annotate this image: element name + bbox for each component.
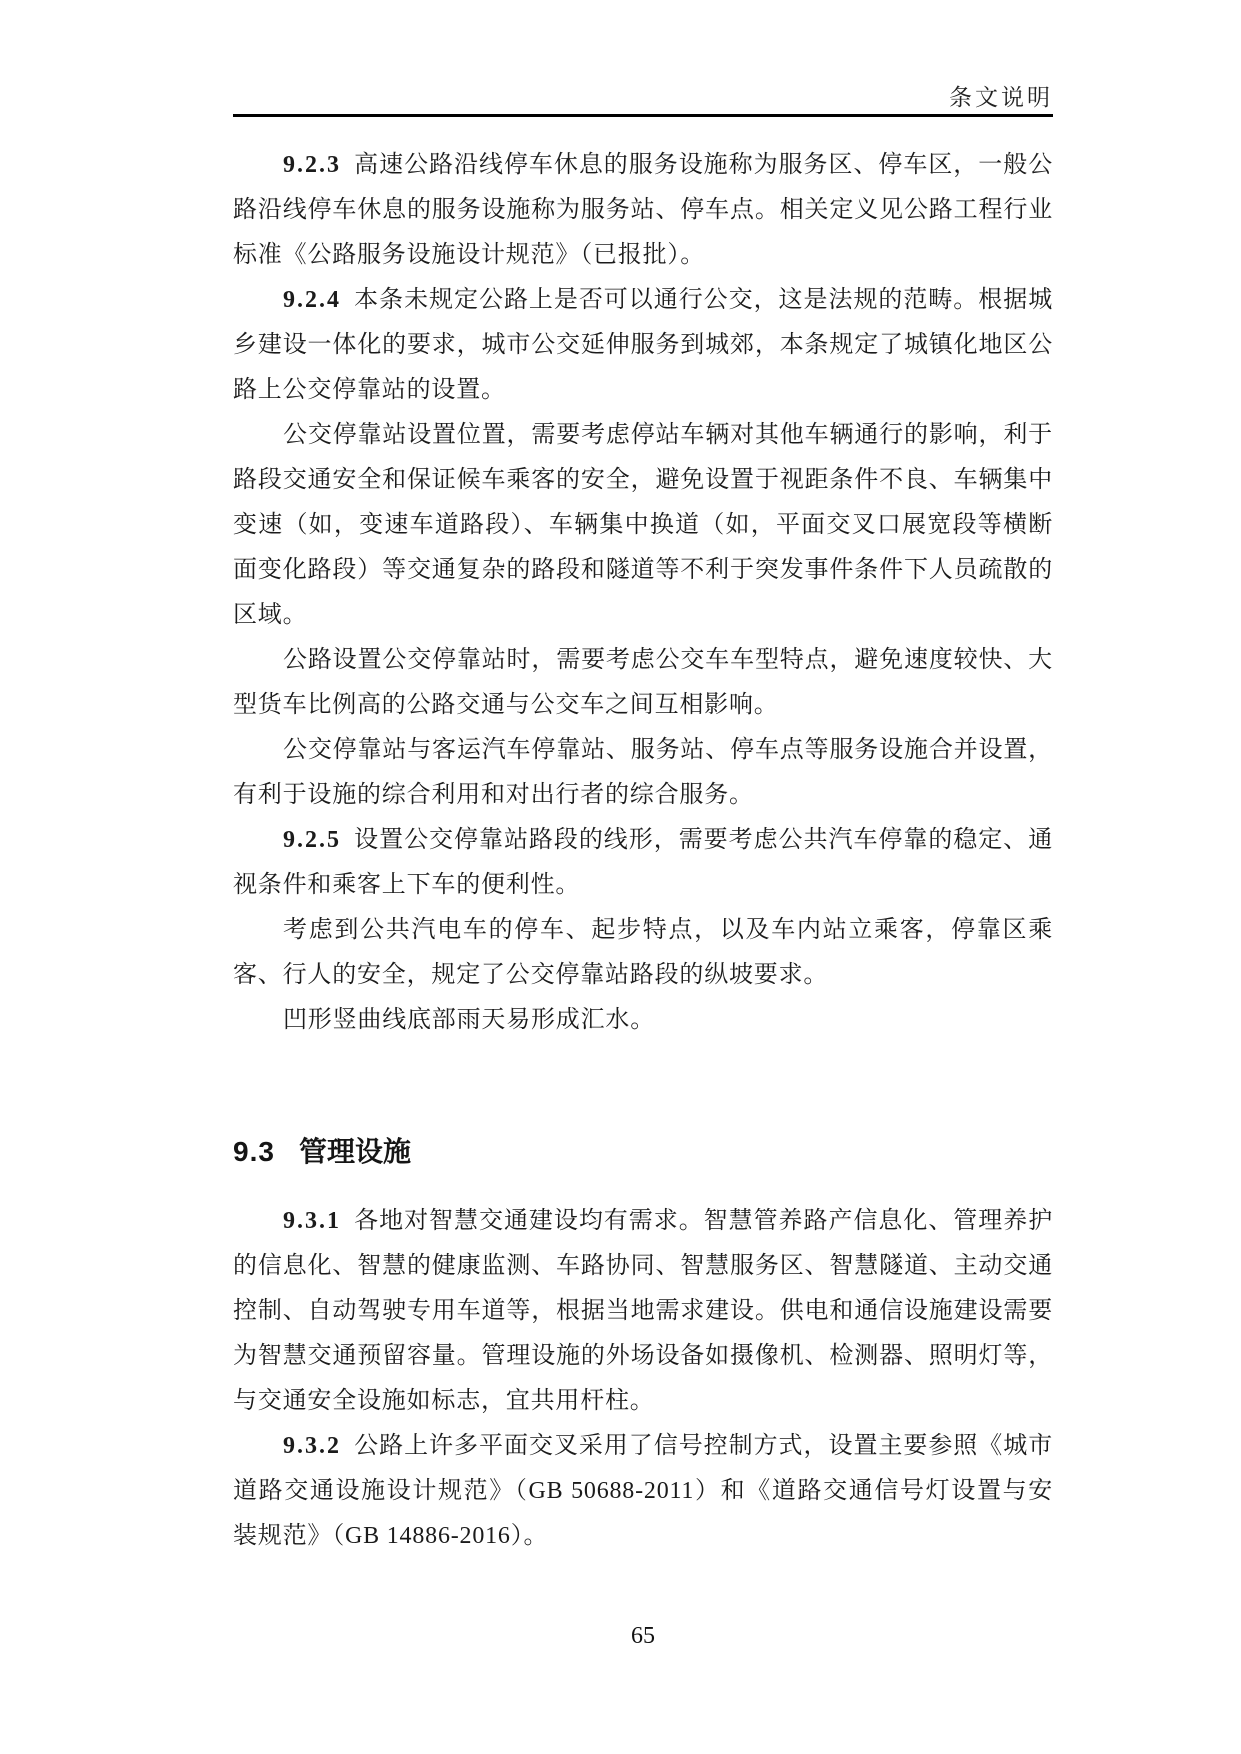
- paragraph-9-3-1: 9.3.1各地对智慧交通建设均有需求。智慧管养路产信息化、管理养护的信息化、智慧…: [233, 1199, 1053, 1424]
- paragraph-bus-stop-combined-facilities: 公交停靠站与客运汽车停靠站、服务站、停车点等服务设施合并设置，有利于设施的综合利…: [233, 728, 1053, 818]
- paragraph-text: 公交停靠站设置位置，需要考虑停站车辆对其他车辆通行的影响，利于路段交通安全和保证…: [233, 422, 1053, 628]
- paragraph-text: 公路上许多平面交叉采用了信号控制方式，设置主要参照《城市道路交通设施设计规范》（…: [233, 1433, 1053, 1549]
- paragraph-9-3-2: 9.3.2公路上许多平面交叉采用了信号控制方式，设置主要参照《城市道路交通设施设…: [233, 1424, 1053, 1559]
- paragraph-9-2-4: 9.2.4本条未规定公路上是否可以通行公交，这是法规的范畴。根据城乡建设一体化的…: [233, 278, 1053, 413]
- paragraph-text: 考虑到公共汽电车的停车、起步特点，以及车内站立乘客，停靠区乘客、行人的安全，规定…: [233, 917, 1053, 988]
- section-heading-9-3: 9.3管理设施: [233, 1129, 1053, 1175]
- document-page: 条文说明 9.2.3高速公路沿线停车休息的服务设施称为服务区、停车区，一般公路沿…: [0, 0, 1241, 1754]
- clause-number: 9.3.2: [283, 1433, 341, 1459]
- paragraph-bus-stop-location: 公交停靠站设置位置，需要考虑停站车辆对其他车辆通行的影响，利于路段交通安全和保证…: [233, 413, 1053, 638]
- clause-number: 9.2.3: [283, 152, 341, 178]
- section-heading-number: 9.3: [233, 1136, 275, 1167]
- paragraph-9-2-5: 9.2.5设置公交停靠站路段的线形，需要考虑公共汽车停靠的稳定、通视条件和乘客上…: [233, 818, 1053, 908]
- paragraph-9-2-3: 9.2.3高速公路沿线停车休息的服务设施称为服务区、停车区，一般公路沿线停车休息…: [233, 143, 1053, 278]
- clause-number: 9.2.5: [283, 827, 341, 853]
- clause-number: 9.2.4: [283, 287, 341, 313]
- text-column: 条文说明 9.2.3高速公路沿线停车休息的服务设施称为服务区、停车区，一般公路沿…: [233, 0, 1053, 1559]
- clause-number: 9.3.1: [283, 1208, 341, 1234]
- body-text: 9.2.3高速公路沿线停车休息的服务设施称为服务区、停车区，一般公路沿线停车休息…: [233, 143, 1053, 1559]
- page-number: 65: [233, 1620, 1053, 1652]
- paragraph-text: 凹形竖曲线底部雨天易形成汇水。: [283, 1007, 655, 1033]
- paragraph-text: 设置公交停靠站路段的线形，需要考虑公共汽车停靠的稳定、通视条件和乘客上下车的便利…: [233, 827, 1053, 898]
- paragraph-text: 高速公路沿线停车休息的服务设施称为服务区、停车区，一般公路沿线停车休息的服务设施…: [233, 152, 1053, 268]
- section-heading-title: 管理设施: [299, 1136, 411, 1167]
- paragraph-slope-requirement: 考虑到公共汽电车的停车、起步特点，以及车内站立乘客，停靠区乘客、行人的安全，规定…: [233, 908, 1053, 998]
- paragraph-bus-stop-vehicle-type: 公路设置公交停靠站时，需要考虑公交车车型特点，避免速度较快、大型货车比例高的公路…: [233, 638, 1053, 728]
- paragraph-sag-curve: 凹形竖曲线底部雨天易形成汇水。: [233, 998, 1053, 1043]
- paragraph-text: 各地对智慧交通建设均有需求。智慧管养路产信息化、管理养护的信息化、智慧的健康监测…: [233, 1208, 1053, 1414]
- paragraph-text: 本条未规定公路上是否可以通行公交，这是法规的范畴。根据城乡建设一体化的要求，城市…: [233, 287, 1053, 403]
- page-header: 条文说明: [233, 0, 1053, 117]
- header-title: 条文说明: [949, 82, 1053, 114]
- paragraph-text: 公交停靠站与客运汽车停靠站、服务站、停车点等服务设施合并设置，有利于设施的综合利…: [233, 737, 1053, 808]
- paragraph-text: 公路设置公交停靠站时，需要考虑公交车车型特点，避免速度较快、大型货车比例高的公路…: [233, 647, 1053, 718]
